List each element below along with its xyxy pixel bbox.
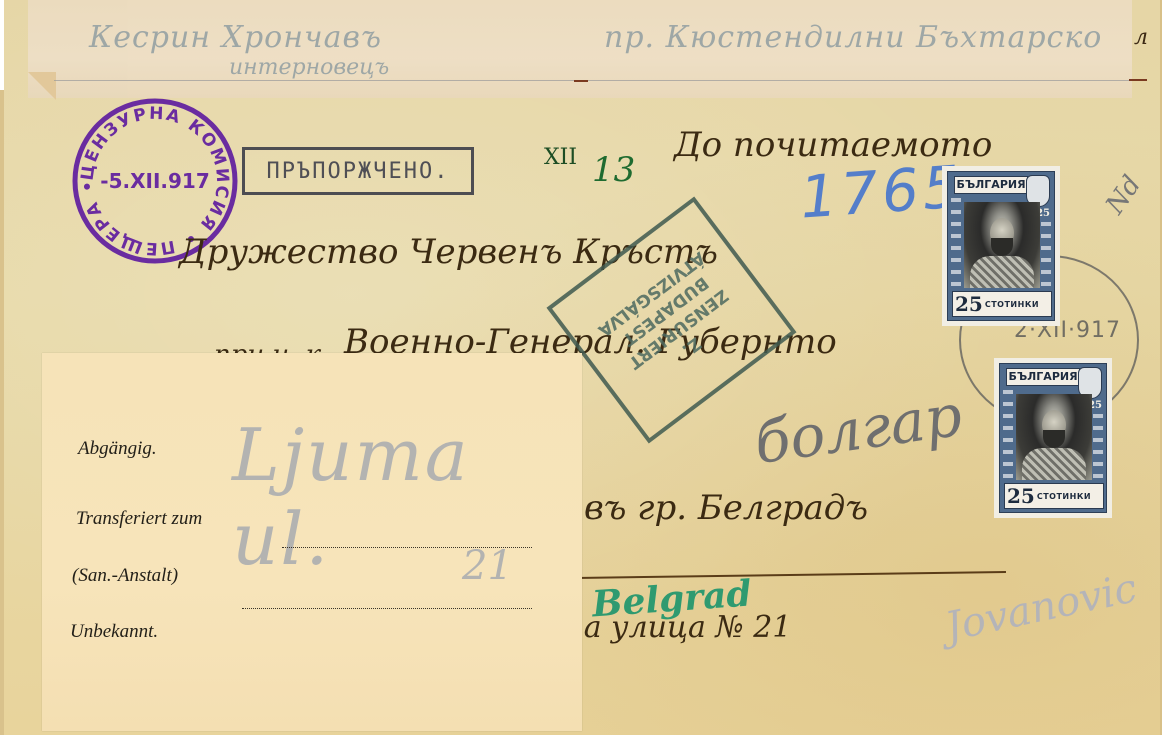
ornament-left <box>951 198 961 290</box>
stamp-country: БЪЛГАРИЯ <box>1006 368 1080 386</box>
stamp-value: 25 <box>955 292 983 316</box>
ornament-left <box>1003 390 1013 482</box>
registration-number-green: 13 <box>592 150 635 190</box>
stamp-country: БЪЛГАРИЯ <box>954 176 1028 194</box>
label-abgangig: Abgängig. <box>78 438 157 460</box>
pencil-note-bolgar: болгар <box>750 381 966 477</box>
sender-address-pencil: пр. Кюстендилни Бъхтарско <box>604 20 1102 55</box>
envelope: Кесрин Хрончавъ интерновецъ пр. Кюстенди… <box>4 0 1162 735</box>
sender-subline-pencil: интерновецъ <box>229 55 389 80</box>
pencil-note-right: Jovanovic <box>941 565 1141 650</box>
address-line-4: въ гр. Белградъ <box>584 488 868 528</box>
registered-box-stamp: ПРЪПОРЖЧЕНО. <box>242 147 474 195</box>
envelope-left-edge <box>0 90 4 735</box>
address-line-1: До почитаемото <box>674 125 992 165</box>
stamp-value-box: 25 СТОТИНКИ <box>952 291 1052 317</box>
label-transferiert: Transferiert zum <box>76 508 202 530</box>
ornament-right <box>1093 414 1103 482</box>
stamp-unit: СТОТИНКИ <box>985 300 1039 309</box>
stamp-unit: СТОТИНКИ <box>1037 492 1091 501</box>
stamp-value: 25 <box>1007 484 1035 508</box>
folded-corner <box>28 72 56 100</box>
ink-line-mark <box>574 80 588 82</box>
ornament-right <box>1041 222 1051 290</box>
address-underline <box>576 571 1006 579</box>
label-pencil-city: Ljuma ul. <box>232 413 582 581</box>
censor-stamp-date: -5.XII.917 <box>100 169 209 193</box>
portrait-icon <box>964 202 1040 288</box>
label-unbekannt: Unbekannt. <box>70 621 158 643</box>
sender-name-pencil: Кесрин Хрончавъ <box>89 20 382 55</box>
forwarding-label: Ljuma ul. Abgängig. Transferiert zum (Sa… <box>42 353 582 731</box>
label-dotted-line-2 <box>242 608 532 609</box>
stamp-value-box: 25 СТОТИНКИ <box>1004 483 1104 509</box>
pencil-initials: Nd <box>1100 170 1147 219</box>
top-ruled-line <box>54 80 1144 81</box>
ink-line-mark-right <box>1129 79 1147 81</box>
postage-stamp-1: БЪЛГАРИЯ 25 25 СТОТИНКИ <box>942 166 1060 326</box>
address-line-5: на улица № 21 <box>564 610 791 645</box>
label-san-anstalt: (San.-Anstalt) <box>72 565 178 587</box>
ink-letter: л <box>1134 25 1148 50</box>
postage-stamp-2: БЪЛГАРИЯ 25 25 СТОТИНКИ <box>994 358 1112 518</box>
portrait-icon <box>1016 394 1092 480</box>
label-pencil-number: 21 <box>462 543 513 589</box>
registration-month: XII <box>544 145 577 170</box>
